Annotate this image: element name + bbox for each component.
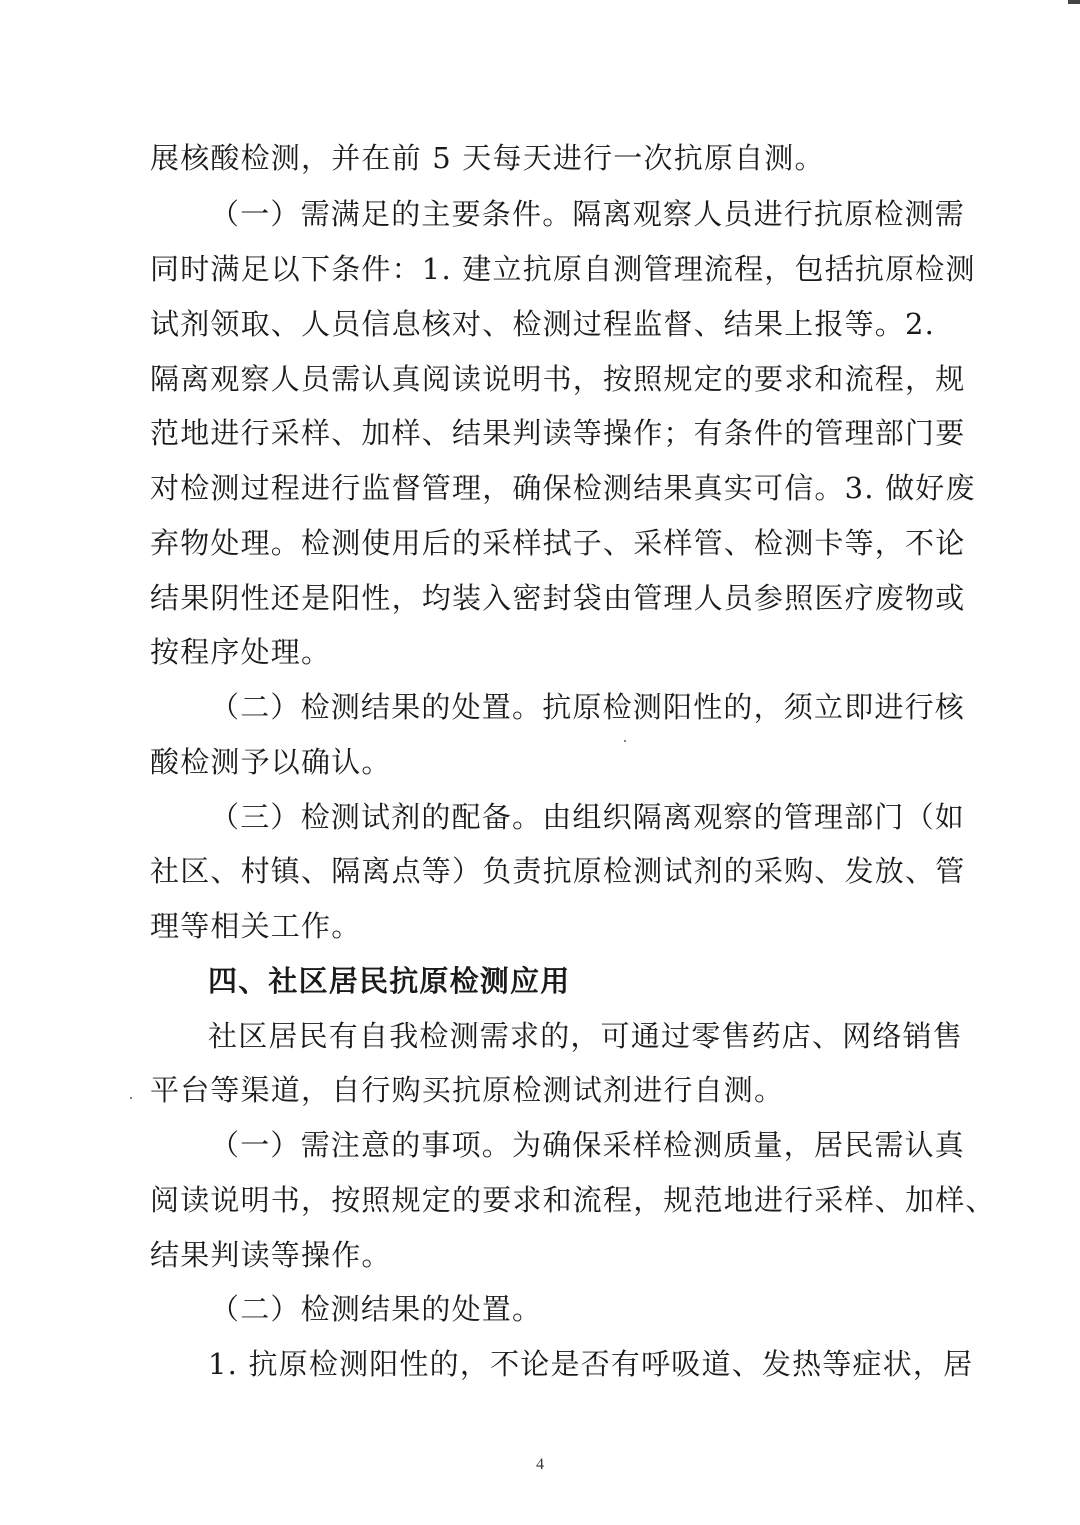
paragraph-line-18: 平台等渠道，自行购买抗原检测试剂进行自测。 [150, 1070, 920, 1110]
paragraph-line-3: 同时满足以下条件：1. 建立抗原自测管理流程，包括抗原检测 [150, 249, 920, 289]
paragraph-line-17: 社区居民有自我检测需求的，可通过零售药店、网络销售 [208, 1016, 920, 1056]
page-number: 4 [0, 1456, 1080, 1474]
paragraph-line-7: 对检测过程进行监督管理，确保检测结果真实可信。3. 做好废 [150, 468, 920, 508]
paragraph-line-15: 理等相关工作。 [150, 906, 920, 946]
paragraph-line-4: 试剂领取、人员信息核对、检测过程监督、结果上报等。2. [150, 304, 920, 344]
paragraph-line-23: 1. 抗原检测阳性的，不论是否有呼吸道、发热等症状，居 [208, 1344, 920, 1384]
paragraph-line-20: 阅读说明书，按照规定的要求和流程，规范地进行采样、加样、 [150, 1180, 920, 1220]
paragraph-line-1: 展核酸检测，并在前 5 天每天进行一次抗原自测。 [150, 138, 920, 178]
paragraph-line-2: （一）需满足的主要条件。隔离观察人员进行抗原检测需 [210, 194, 920, 234]
paragraph-line-19: （一）需注意的事项。为确保采样检测质量，居民需认真 [210, 1125, 920, 1165]
section-heading: 四、社区居民抗原检测应用 [208, 961, 978, 1001]
paragraph-line-22: （二）检测结果的处置。 [210, 1289, 980, 1329]
scan-speck [624, 740, 626, 742]
paragraph-line-21: 结果判读等操作。 [150, 1235, 920, 1275]
scan-corner-mark [1068, 0, 1080, 4]
paragraph-line-9: 结果阴性还是阳性，均装入密封袋由管理人员参照医疗废物或 [150, 578, 920, 618]
paragraph-line-10: 按程序处理。 [150, 632, 920, 672]
paragraph-line-8: 弃物处理。检测使用后的采样拭子、采样管、检测卡等，不论 [150, 523, 920, 563]
paragraph-line-11: （二）检测结果的处置。抗原检测阳性的，须立即进行核 [210, 687, 920, 727]
scan-speck [130, 1097, 132, 1099]
paragraph-line-5: 隔离观察人员需认真阅读说明书，按照规定的要求和流程，规 [150, 359, 920, 399]
paragraph-line-14: 社区、村镇、隔离点等）负责抗原检测试剂的采购、发放、管 [150, 851, 920, 891]
paragraph-line-6: 范地进行采样、加样、结果判读等操作；有条件的管理部门要 [150, 413, 920, 453]
paragraph-line-13: （三）检测试剂的配备。由组织隔离观察的管理部门（如 [210, 797, 920, 837]
paragraph-line-12: 酸检测予以确认。 [150, 742, 920, 782]
document-page: 展核酸检测，并在前 5 天每天进行一次抗原自测。 （一）需满足的主要条件。隔离观… [0, 0, 1080, 1525]
